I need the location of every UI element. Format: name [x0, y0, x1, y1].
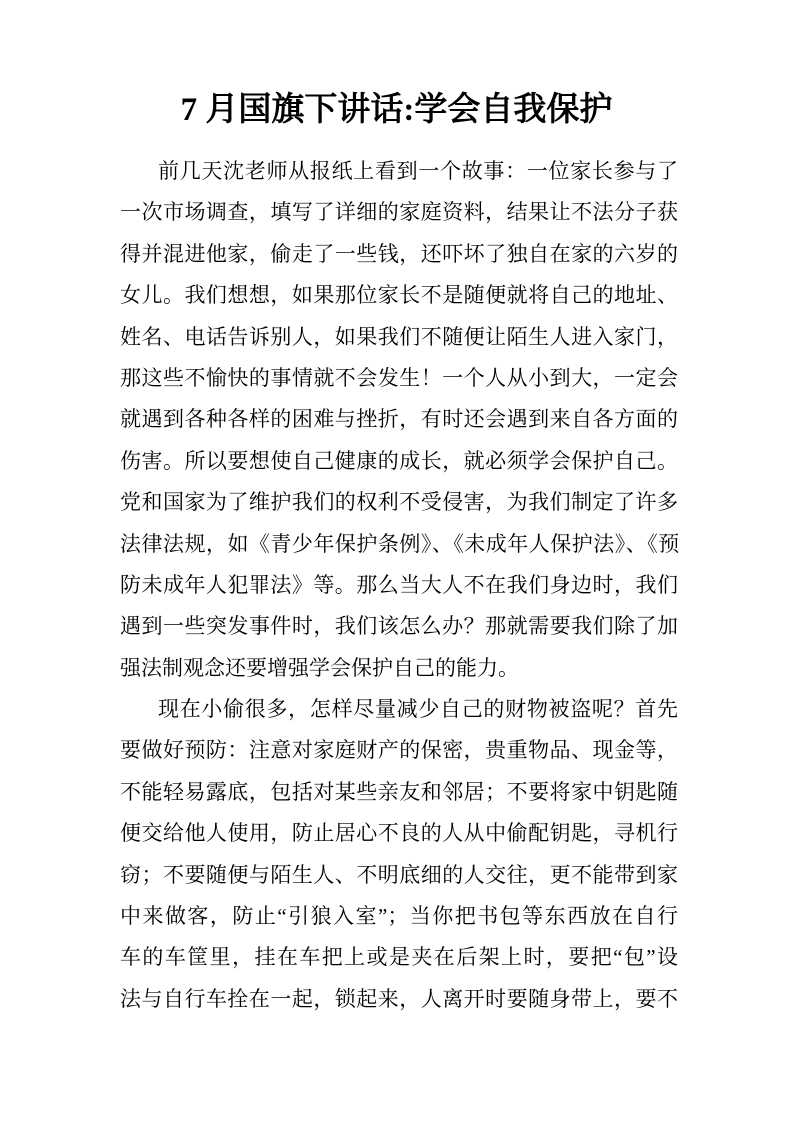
text-line: 就遇到各种各样的困难与挫折，有时还会遇到来自各方面的 [120, 399, 678, 440]
text-line: 不能轻易露底，包括对某些亲友和邻居；不要将家中钥匙随 [120, 772, 678, 813]
text-line: 车的车筐里，挂在车把上或是夹在后架上时，要把“包”设 [120, 937, 678, 978]
text-line: 要做好预防：注意对家庭财产的保密，贵重物品、现金等， [120, 730, 678, 771]
paragraph-2: 现在小偷很多，怎样尽量减少自己的财物被盗呢？首先 要做好预防：注意对家庭财产的保… [120, 689, 678, 1020]
text-line: 前几天沈老师从报纸上看到一个故事：一位家长参与了 [120, 151, 678, 192]
document-body: 前几天沈老师从报纸上看到一个故事：一位家长参与了 一次市场调查，填写了详细的家庭… [120, 151, 678, 1020]
text-line: 法与自行车拴在一起，锁起来，人离开时要随身带上，要不 [120, 979, 678, 1020]
text-line: 强法制观念还要增强学会保护自己的能力。 [120, 648, 678, 689]
text-line: 遇到一些突发事件时，我们该怎么办？那就需要我们除了加 [120, 606, 678, 647]
text-line: 便交给他人使用，防止居心不良的人从中偷配钥匙，寻机行 [120, 813, 678, 854]
text-line: 法律法规，如《青少年保护条例》、《未成年人保护法》、《预 [120, 524, 678, 565]
paragraph-1: 前几天沈老师从报纸上看到一个故事：一位家长参与了 一次市场调查，填写了详细的家庭… [120, 151, 678, 689]
text-line: 中来做客，防止“引狼入室”；当你把书包等东西放在自行 [120, 896, 678, 937]
text-line: 女儿。我们想想，如果那位家长不是随便就将自己的地址、 [120, 275, 678, 316]
text-line: 党和国家为了维护我们的权利不受侵害，为我们制定了许多 [120, 482, 678, 523]
text-line: 姓名、电话告诉别人，如果我们不随便让陌生人进入家门， [120, 317, 678, 358]
document-page: 7 月国旗下讲话:学会自我保护 前几天沈老师从报纸上看到一个故事：一位家长参与了… [0, 0, 793, 1122]
text-line: 窃；不要随便与陌生人、不明底细的人交往，更不能带到家 [120, 855, 678, 896]
text-line: 那这些不愉快的事情就不会发生！一个人从小到大，一定会 [120, 358, 678, 399]
text-line: 防未成年人犯罪法》等。那么当大人不在我们身边时，我们 [120, 565, 678, 606]
text-line: 伤害。所以要想使自己健康的成长，就必须学会保护自己。 [120, 441, 678, 482]
text-line: 现在小偷很多，怎样尽量减少自己的财物被盗呢？首先 [120, 689, 678, 730]
document-title: 7 月国旗下讲话:学会自我保护 [0, 88, 793, 133]
text-line: 一次市场调查，填写了详细的家庭资料，结果让不法分子获 [120, 192, 678, 233]
text-line: 得并混进他家，偷走了一些钱，还吓坏了独自在家的六岁的 [120, 234, 678, 275]
